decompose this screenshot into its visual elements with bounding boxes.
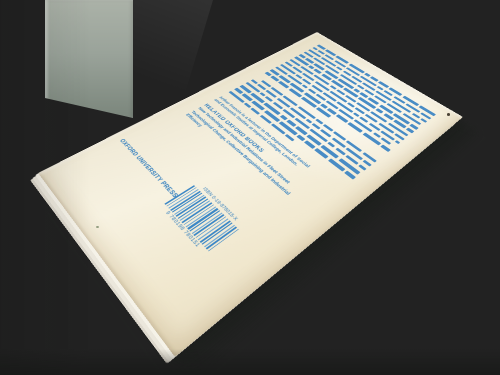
photo-scene: Arthur Francis is a lecturer in the Depa…	[0, 0, 500, 375]
backdrop-card	[45, 0, 133, 118]
dust-speck	[447, 113, 450, 116]
dust-speck	[96, 226, 99, 228]
publisher-imprint: OXFORD UNIVERSITY PRESS	[118, 138, 179, 199]
